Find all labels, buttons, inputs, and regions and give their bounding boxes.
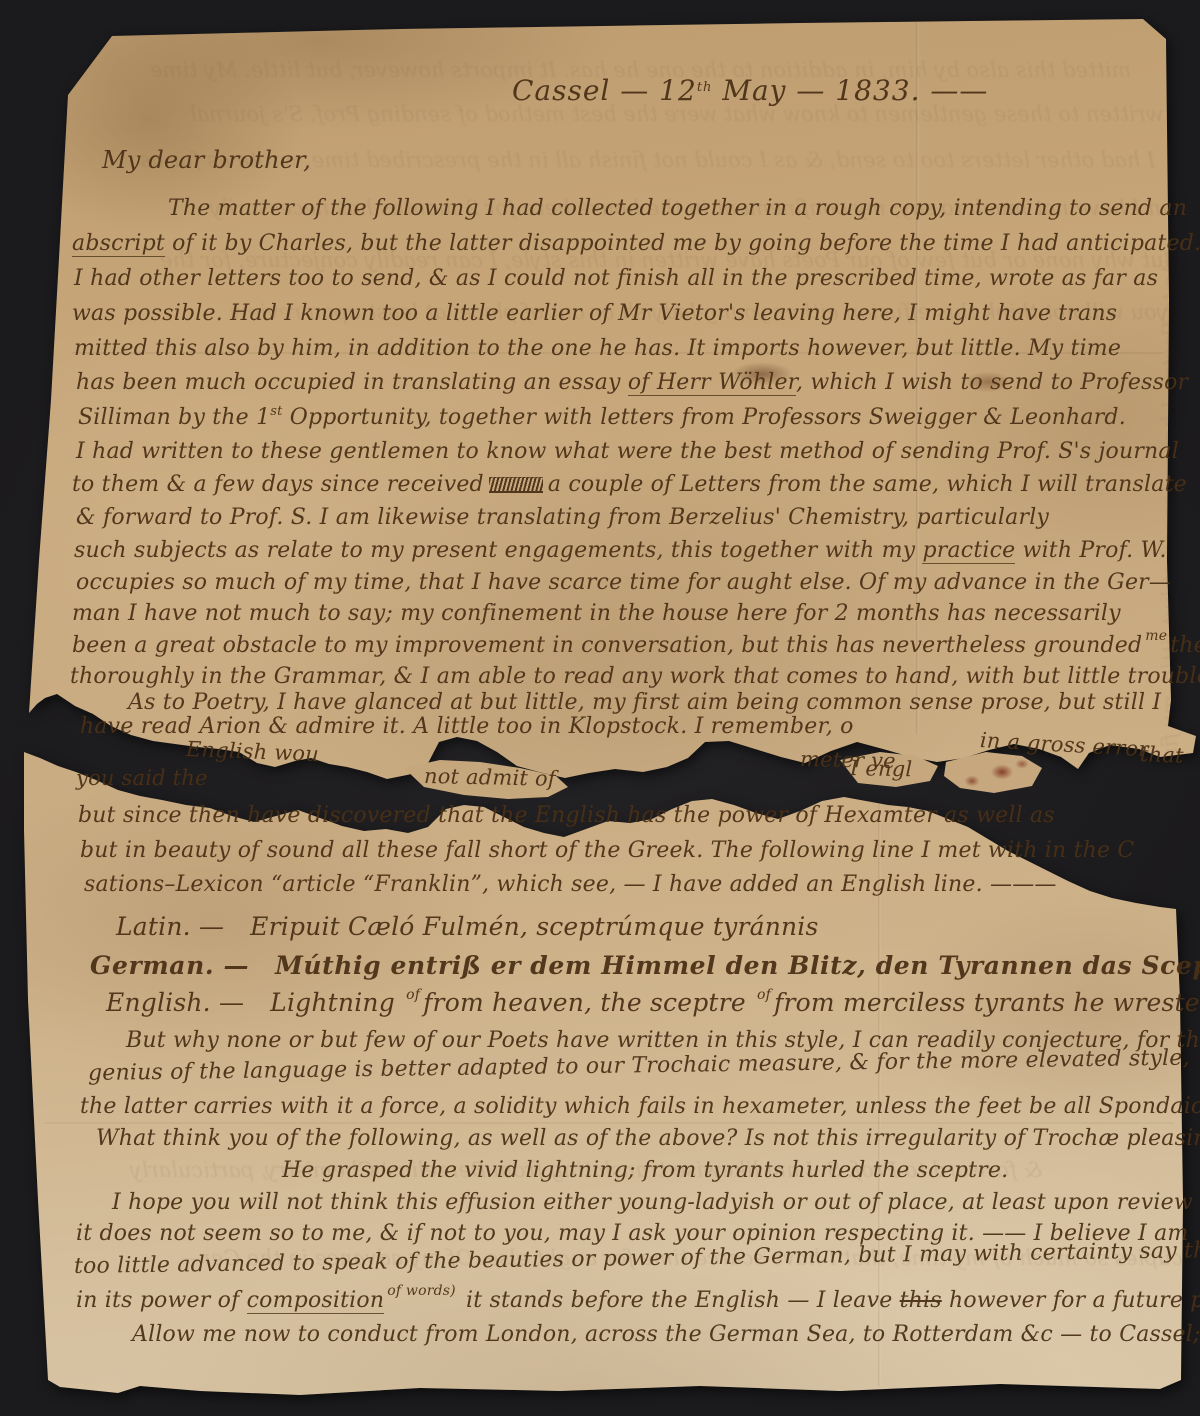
- letter-line: in its power of compositionof words) it …: [76, 1288, 1200, 1313]
- salutation: My dear brother,: [102, 146, 311, 174]
- line-text: Silliman by the 1: [78, 405, 270, 430]
- letter-line: Silliman by the 1st Opportunity, togethe…: [78, 405, 1126, 430]
- dateline-ordinal: th: [697, 80, 713, 95]
- translation-english-line: English. —Lightning offrom heaven, the s…: [106, 988, 1200, 1017]
- torn-line-fragment: not admit of: [424, 764, 556, 791]
- letter-line: I had other letters too to send, & as I …: [74, 266, 1158, 291]
- underlined-word: practice: [922, 538, 1015, 564]
- underlined-word: abscript: [72, 231, 165, 257]
- letter-line: Allow me now to conduct from London, acr…: [132, 1322, 1200, 1347]
- line-text: been a great obstacle to my improvement …: [72, 633, 1142, 658]
- letter-line: mitted this also by him, in addition to …: [74, 336, 1121, 361]
- line-text: Opportunity, together with letters from …: [283, 405, 1126, 430]
- scribbled-out-word: [489, 477, 543, 493]
- underlined-phrase: of Herr Wöhler: [628, 370, 796, 396]
- letter-line: abscript of it by Charles, but the latte…: [72, 231, 1200, 256]
- line-text: it stands before the English — I leave: [459, 1288, 900, 1313]
- letter-line: was possible. Had I known too a little e…: [72, 301, 1117, 326]
- latin-text: Eripuit Cæló Fulmén, sceptrúmque tyránni…: [250, 912, 818, 941]
- line-text: the more: [1170, 633, 1200, 658]
- inserted-word-above-line: of: [757, 987, 771, 1003]
- torn-line-fragment: you said the: [76, 766, 208, 790]
- german-label: German. —: [90, 951, 249, 980]
- letter-line: As to Poetry, I have glanced at but litt…: [128, 690, 1161, 715]
- line-text: to them & a few days since received: [72, 472, 484, 497]
- torn-line-fragment: English wou: [186, 737, 320, 766]
- line-text: in its power of: [76, 1288, 247, 1313]
- letter-line: sations–Lexicon “article “Franklin”, whi…: [84, 872, 1057, 897]
- struck-through-word: this: [900, 1288, 942, 1313]
- letter-line: been a great obstacle to my improvement …: [72, 633, 1200, 658]
- letter-line: & forward to Prof. S. I am likewise tran…: [76, 505, 1049, 530]
- translation-latin-line: Latin. —Eripuit Cæló Fulmén, sceptrúmque…: [116, 912, 819, 941]
- inserted-word-above-line: me: [1145, 628, 1167, 644]
- letter-line: man I have not much to say; my confineme…: [72, 601, 1121, 626]
- letter-line: thoroughly in the Grammar, & I am able t…: [70, 664, 1200, 689]
- torn-line-fragment: I engl: [850, 756, 913, 781]
- german-text: Múthig entriß er dem Himmel den Blitz, d…: [275, 951, 1200, 980]
- letter-line: has been much occupied in translating an…: [76, 370, 1188, 395]
- line-text: with Prof. W.: [1015, 538, 1166, 563]
- english-text: from heaven, the sceptre: [423, 988, 754, 1017]
- line-text: such subjects as relate to my present en…: [74, 538, 922, 563]
- english-text: from merciless tyrants he wrested.: [774, 988, 1200, 1017]
- dateline-date: May — 1833. ——: [712, 74, 988, 107]
- letter-line: such subjects as relate to my present en…: [74, 538, 1167, 563]
- letter-line: What think you of the following, as well…: [96, 1126, 1200, 1151]
- letter-line: have read Arion & admire it. A little to…: [80, 714, 854, 739]
- line-text: however for a future period.—: [942, 1288, 1200, 1313]
- inserted-word-above-line: of words): [387, 1283, 456, 1299]
- letter-line: but in beauty of sound all these fall sh…: [80, 838, 1134, 863]
- english-label: English. —: [106, 988, 244, 1017]
- letter-line: but since then have discovered that the …: [78, 803, 1055, 828]
- line-text: of it by Charles, but the latter disappo…: [165, 231, 1200, 256]
- letter-line: to them & a few days since receiveda cou…: [72, 472, 1187, 497]
- line-text: a couple of Letters from the same, which…: [548, 472, 1187, 497]
- poem-quote-line: He grasped the vivid lightning; from tyr…: [282, 1158, 1008, 1183]
- line-text: , which I wish to send to Professor: [796, 370, 1188, 395]
- handwriting-layer: Cassel — 12th May — 1833. —— My dear bro…: [0, 0, 1200, 1416]
- underlined-word: composition: [247, 1288, 385, 1314]
- letter-photograph: { "scene": { "background_color": "#1b1a1…: [0, 0, 1200, 1416]
- english-text: Lightning: [270, 988, 403, 1017]
- translation-german-line: German. —Múthig entriß er dem Himmel den…: [90, 951, 1200, 980]
- line-text: has been much occupied in translating an…: [76, 370, 628, 395]
- letter-line: The matter of the following I had collec…: [168, 196, 1187, 221]
- letter-line: the latter carries with it a force, a so…: [80, 1094, 1200, 1119]
- letter-line: I hope you will not think this effusion …: [112, 1190, 1193, 1215]
- latin-label: Latin. —: [116, 912, 224, 941]
- dateline-place: Cassel — 12: [512, 74, 697, 107]
- inserted-word-above-line: of: [406, 987, 420, 1003]
- torn-line-fragment: in a gross error: [979, 728, 1149, 761]
- dateline: Cassel — 12th May — 1833. ——: [512, 74, 988, 107]
- letter-line: occupies so much of my time, that I have…: [76, 570, 1171, 595]
- torn-line-fragment: that: [1140, 742, 1185, 768]
- ordinal-superscript: st: [270, 404, 282, 419]
- letter-line: I had written to these gentlemen to know…: [76, 439, 1179, 464]
